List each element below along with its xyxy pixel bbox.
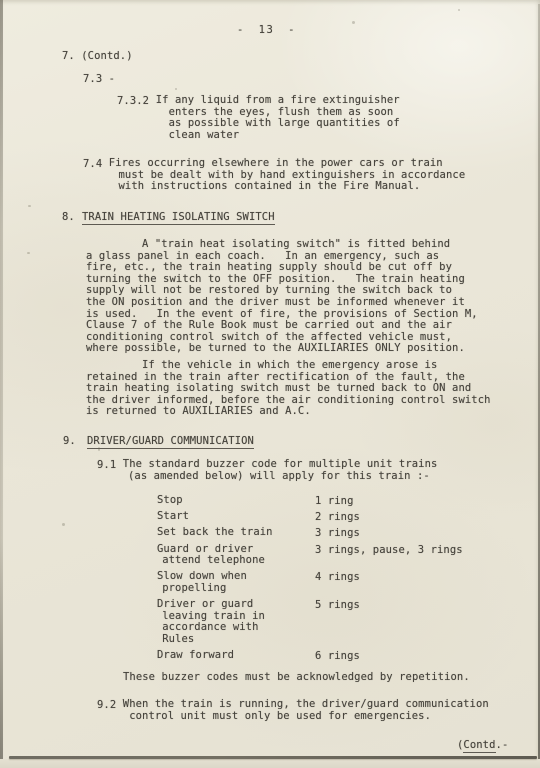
section8-paragraph-2: If the vehicle in which the emergency ar… xyxy=(86,360,491,418)
buzzer-action: Driver or guardleaving train inaccordanc… xyxy=(157,599,273,645)
paper-speck xyxy=(28,205,31,207)
footer-contd-word: Contd xyxy=(463,739,495,753)
clause-7-3-2-number: 7.3.2 xyxy=(117,95,149,107)
buzzer-action: Start xyxy=(157,511,273,523)
buzzer-code: 2 rings xyxy=(315,511,360,523)
page-bottom-edge xyxy=(9,756,537,759)
footer-tail: .- xyxy=(496,739,509,751)
paper-speck xyxy=(458,9,460,11)
buzzer-action: Set back the train xyxy=(157,527,273,539)
scanned-document-page: - 13 - 7. (Contd.) 7.3 - 7.3.2 If any li… xyxy=(0,0,540,768)
paper-speck xyxy=(175,88,177,90)
buzzer-row: Draw forward6 rings xyxy=(157,650,273,662)
clause-7-3-2-text: If any liquid from a fire extinguisheren… xyxy=(156,95,400,141)
buzzer-action: Draw forward xyxy=(157,650,273,662)
buzzer-code: 4 rings xyxy=(315,571,360,583)
buzzer-code: 3 rings, pause, 3 rings xyxy=(315,544,463,556)
paper-speck xyxy=(62,523,65,526)
section9-title: DRIVER/GUARD COMMUNICATION xyxy=(87,435,254,449)
buzzer-row: Slow down whenpropelling4 rings xyxy=(157,571,273,594)
clause-9-1-number: 9.1 xyxy=(97,459,116,471)
buzzer-code: 5 rings xyxy=(315,599,360,611)
section8-paragraph-1: A "train heat isolating switch" is fitte… xyxy=(86,239,478,355)
clause-7-3-2: 7.3.2 If any liquid from a fire extingui… xyxy=(117,95,400,141)
continuation-footer: (Contd.- xyxy=(457,739,508,751)
paper-speck xyxy=(98,447,100,451)
buzzer-code: 3 rings xyxy=(315,527,360,539)
section8-number: 8. xyxy=(62,211,82,223)
buzzer-row: Stop1 ring xyxy=(157,495,273,507)
buzzer-row: Start2 rings xyxy=(157,511,273,523)
section7-contd-heading: 7. (Contd.) xyxy=(62,50,133,62)
buzzer-code: 1 ring xyxy=(315,495,354,507)
page-number: - 13 - xyxy=(237,24,296,36)
page-below-bottom-edge xyxy=(0,759,540,768)
clause-7-3: 7.3 - xyxy=(83,73,115,85)
buzzer-row: Driver or guardleaving train inaccordanc… xyxy=(157,599,273,645)
clause-9-1-text: The standard buzzer code for multiple un… xyxy=(123,459,438,482)
section8-heading: 8.TRAIN HEATING ISOLATING SWITCH xyxy=(62,211,275,223)
buzzer-action: Stop xyxy=(157,495,273,507)
clause-7-4: 7.4 Fires occurring elsewhere in the pow… xyxy=(83,158,465,193)
clause-9-1: 9.1 The standard buzzer code for multipl… xyxy=(97,459,437,482)
paper-speck xyxy=(27,252,30,254)
clause-9-2: 9.2 When the train is running, the drive… xyxy=(97,699,489,722)
clause-7-4-text: Fires occurring elsewhere in the power c… xyxy=(109,158,465,193)
section9-heading: 9.DRIVER/GUARD COMMUNICATION xyxy=(63,435,254,447)
clause-9-2-number: 9.2 xyxy=(97,699,116,711)
paper-speck xyxy=(352,21,355,24)
buzzer-code-table: Stop1 ringStart2 ringsSet back the train… xyxy=(157,495,273,666)
clause-9-2-text: When the train is running, the driver/gu… xyxy=(123,699,489,722)
buzzer-row: Set back the train3 rings xyxy=(157,527,273,539)
section8-title: TRAIN HEATING ISOLATING SWITCH xyxy=(82,211,275,225)
buzzer-code: 6 rings xyxy=(315,650,360,662)
buzzer-note: These buzzer codes must be acknowledged … xyxy=(123,671,470,683)
page-left-edge xyxy=(0,0,3,768)
clause-7-4-number: 7.4 xyxy=(83,158,102,170)
section9-number: 9. xyxy=(63,435,87,447)
buzzer-row: Guard or driverattend telephone3 rings, … xyxy=(157,544,273,567)
buzzer-action: Slow down whenpropelling xyxy=(157,571,273,594)
buzzer-action: Guard or driverattend telephone xyxy=(157,544,273,567)
